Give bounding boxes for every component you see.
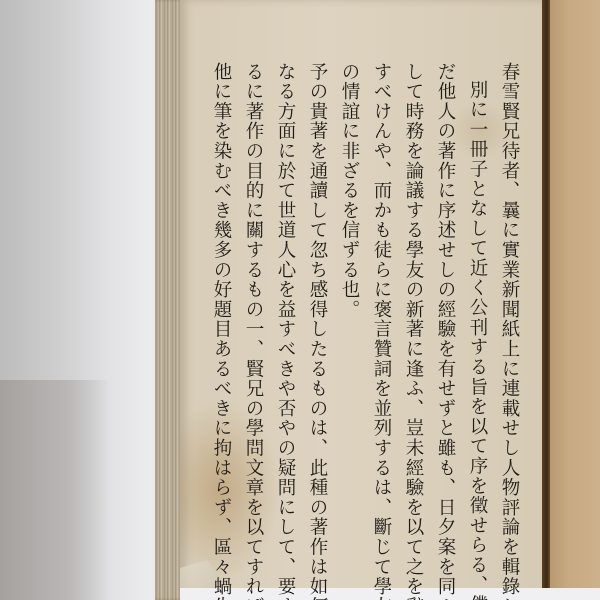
book-page-edges [155,0,183,600]
text-line: の情誼に非ざるを信ずる也。 [333,62,365,522]
text-line: るに著作の目的に關するもの一、賢兄の學問文章を以てすれば、 [237,62,269,522]
text-line: だ他人の著作に序述せしの經驗を有せずと雖も、日夕案を同ふ [429,62,461,522]
text-line: 他に筆を染むべき幾多の好題目あるべきに拘はらず、區々蝸牛 [205,62,237,522]
text-line: 予の貴著を通讀して忽ち感得したるものは、此種の著作は如何 [301,62,333,522]
book-gutter [542,0,550,590]
facing-page [550,0,600,590]
text-line: すべけんや、而かも徒らに褒言贊詞を並列するは、斷じて學友 [365,62,397,522]
background-shadow [0,380,110,600]
vertical-text-block: 春雪賢兄待者、曩に實業新聞紙上に連載せし人物評論を輯錄し、 別に一冊子となして近… [205,62,525,522]
text-line: なる方面に於て世道人心を益すべきや否やの疑問にして、要す [269,62,301,522]
text-line: 別に一冊子となして近く公刊する旨を以て序を徵せらる、僕未 [461,62,493,522]
photo-scene: 春雪賢兄待者、曩に實業新聞紙上に連載せし人物評論を輯錄し、 別に一冊子となして近… [0,0,600,600]
text-line: 春雪賢兄待者、曩に實業新聞紙上に連載せし人物評論を輯錄し、 [493,62,525,522]
text-line: して時務を論議する學友の新著に逢ふ、豈未經驗を以て之を辭 [397,62,429,522]
